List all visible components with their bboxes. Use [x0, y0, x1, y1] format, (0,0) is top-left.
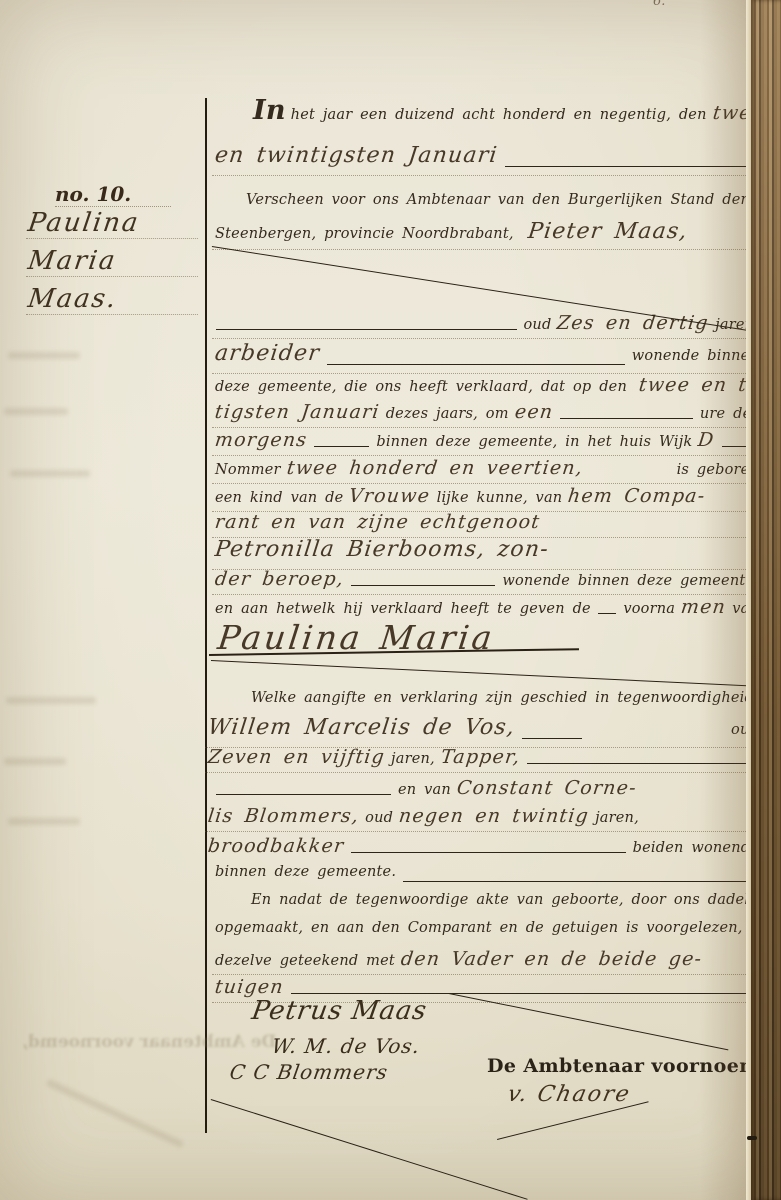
printed-text: binnen deze gemeente, in het huis Wijk: [376, 434, 692, 450]
act-line: dezelve geteekend metden Vader en de bei…: [212, 948, 762, 975]
handwritten-text: Zes en dertig: [556, 312, 710, 334]
book-binding-edge: [751, 0, 781, 1200]
act-line: Willem Marcelis de Vos,oud: [205, 715, 762, 748]
printed-text: Steenbergen, provincie Noordbrabant,: [215, 226, 514, 242]
handwritten-text: negen en twintig: [398, 805, 591, 827]
handwritten-text: en twintigsten Januari: [213, 143, 499, 168]
act-line: lis Blommers,oudnegen en twintigjaren,: [205, 805, 762, 832]
margin-name-line: Maas.: [26, 284, 202, 315]
margin-rule-line: [205, 98, 207, 1133]
printed-text: deze gemeente, die ons heeft verklaard, …: [215, 379, 627, 395]
bleedthrough-smear: [10, 470, 90, 477]
printed-text: oud: [524, 317, 552, 333]
fill-rule-line: [560, 418, 693, 419]
strike-line: [211, 1099, 528, 1200]
printed-text: dezes jaars, om: [386, 406, 509, 422]
handwritten-text: Constant Corne-: [456, 777, 639, 799]
bleedthrough-smear: [4, 758, 66, 765]
handwritten-text: lis Blommers,: [207, 805, 361, 827]
printed-text: lijke kunne, van: [437, 490, 563, 506]
act-line: en vanConstant Corne-: [212, 777, 762, 803]
act-line: oudZes en dertigjaren,: [212, 312, 762, 339]
handwritten-text: arbeider: [213, 341, 321, 366]
signature-flourish: [497, 1101, 649, 1140]
fill-rule-line: [351, 852, 625, 853]
printed-text: jaren,: [391, 751, 435, 767]
act-line: der beroep,wonende binnen deze gemeente,: [212, 568, 762, 595]
printed-text: een kind van de: [215, 490, 343, 506]
fill-rule-line: [216, 329, 517, 330]
printed-text: het jaar een duizend acht honderd en neg…: [291, 107, 707, 123]
printed-text: Nommer: [215, 462, 281, 478]
handwritten-text: Vrouwe: [348, 485, 432, 507]
bleedthrough-text: De Ambtenaar voornoemd,: [22, 1032, 276, 1052]
official-signature: v. Chaore: [505, 1082, 633, 1107]
handwritten-text: rant en van zijne echtgenoot: [214, 511, 542, 533]
printed-text: voorna: [623, 601, 675, 617]
act-line: een kind van deVrouwelijke kunne, vanhem…: [212, 485, 762, 512]
handwritten-text: Petronilla Bierbooms, zon-: [213, 537, 550, 562]
handwritten-text: broodbakker: [207, 835, 346, 857]
printed-text: jaren,: [595, 810, 639, 826]
act-line: Petronilla Bierbooms, zon-: [212, 537, 762, 570]
handwritten-text: Pieter Maas,: [526, 219, 689, 244]
act-line: Inhet jaar een duizend acht honderd en n…: [250, 102, 762, 128]
handwritten-text: twee honderd en veertien,: [285, 457, 584, 479]
margin-name-line: Maria: [26, 246, 202, 277]
signature: C C Blommers: [228, 1060, 390, 1084]
act-line: broodbakkerbeiden wonende: [205, 835, 762, 861]
margin-name-line: Paulina: [26, 208, 202, 239]
bleedthrough-smear: [8, 352, 80, 359]
fill-rule-line: [522, 738, 582, 739]
printed-text: In: [253, 102, 286, 121]
handwritten-text: Willem Marcelis de Vos,: [206, 715, 516, 740]
act-number: no. 10.: [55, 182, 171, 207]
handwritten-text: tigsten Januari: [214, 401, 381, 423]
handwritten-text: Zeven en vijftig: [207, 746, 387, 768]
bleedthrough-smear: [4, 408, 68, 415]
act-line: Steenbergen, provincie Noordbrabant,Piet…: [212, 219, 762, 250]
fill-rule-line: [291, 993, 758, 994]
act-line: en twintigsten Januari: [212, 143, 762, 176]
fill-rule-line: [598, 613, 617, 614]
signature: W. M. de Vos.: [270, 1034, 422, 1058]
page-curve-shadow: [700, 0, 748, 1200]
fill-rule-line: [314, 446, 369, 447]
act-line: En nadat de tegenwoordige akte van geboo…: [248, 892, 762, 918]
signature: Petrus Maas: [250, 996, 430, 1026]
act-line: Zeven en vijftigjaren,Tapper,: [205, 746, 762, 773]
act-line: binnen deze gemeente.: [212, 864, 762, 890]
act-line: rant en van zijne echtgenoot: [212, 511, 762, 538]
handwritten-text: morgens: [214, 429, 309, 451]
printed-text: dezelve geteekend met: [215, 953, 395, 969]
edge-ink-mark: [747, 1136, 757, 1140]
act-line: Verscheen voor ons Ambtenaar van den Bur…: [243, 192, 762, 218]
handwritten-text: hem Compa-: [567, 485, 707, 507]
handwritten-text: Tapper,: [439, 746, 521, 768]
act-line: tigsten Januaridezes jaars, omeenure des: [212, 401, 762, 428]
handwritten-text: een: [513, 401, 554, 423]
handwritten-text: den Vader en de beide ge-: [400, 948, 704, 970]
printed-text: en aan hetwelk hij verklaard heeft te ge…: [215, 601, 591, 617]
fill-rule-line: [327, 364, 625, 365]
act-line: morgensbinnen deze gemeente, in het huis…: [212, 429, 762, 456]
strike-line: [211, 660, 770, 687]
act-line: opgemaakt, en aan den Comparant en de ge…: [212, 920, 762, 946]
fill-rule-line: [351, 585, 495, 586]
bleedthrough-smear: [6, 697, 96, 704]
act-line: arbeiderwonende binnen: [212, 341, 762, 374]
handwritten-text: tuigen: [214, 976, 285, 998]
page-corner-mark: 6.: [653, 0, 665, 9]
act-line: deze gemeente, die ons heeft verklaard, …: [212, 374, 762, 400]
bleedthrough-smear: [8, 818, 80, 825]
printed-text: opgemaakt, en aan den Comparant en de ge…: [215, 920, 781, 936]
printed-text: binnen deze gemeente.: [215, 864, 396, 880]
bleedthrough-smear: [46, 1079, 185, 1149]
act-line: Welke aangifte en verklaring zijn geschi…: [248, 690, 762, 716]
birth-certificate-page: 6. no. 10. PaulinaMariaMaas. Inhet jaar …: [0, 0, 781, 1200]
act-line: Paulina Maria: [215, 618, 762, 664]
fill-rule-line: [216, 794, 391, 795]
act-line: Nommertwee honderd en veertien,is gebore…: [212, 457, 762, 484]
printed-text: en van: [398, 782, 451, 798]
handwritten-text: der beroep,: [214, 568, 346, 590]
printed-text: oud: [365, 810, 393, 826]
